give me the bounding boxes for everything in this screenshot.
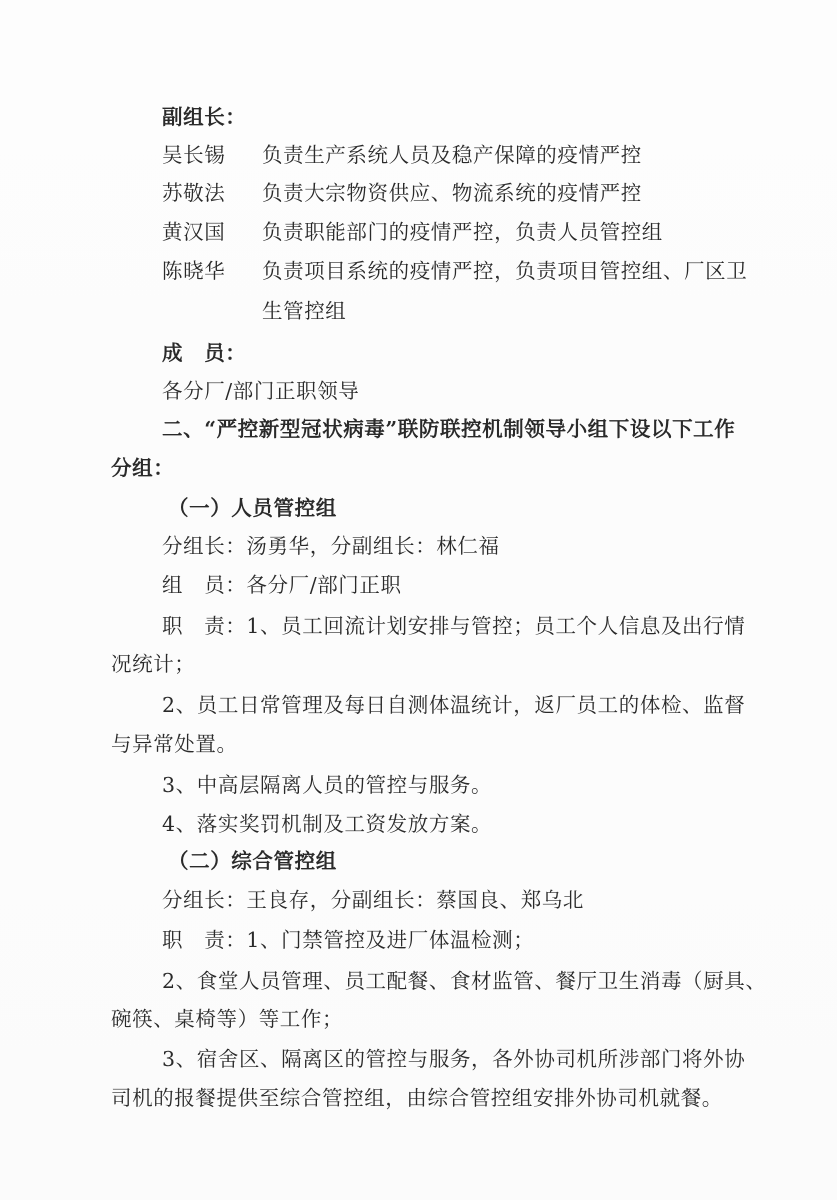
group-two-duty-1: 职 责：1、门禁管控及进厂体温检测； [162,927,534,953]
deputy-leaders-heading: 副组长： [162,104,246,130]
group-two-title: （二）综合管控组 [168,848,337,874]
section-two-heading: 二、“严控新型冠状病毒”联防联控机制领导小组下设以下工作 [162,416,735,442]
document-page: 副组长： 吴长锡 负责生产系统人员及稳产保障的疫情严控 苏敬法 负责大宗物资供应… [0,0,837,1200]
group-two-duty-3-continued: 司机的报餐提供至综合管控组，由综合管控组安排外协司机就餐。 [111,1085,723,1111]
group-one-duty-2: 2、员工日常管理及每日自测体温统计，返厂员工的体检、监督 [162,692,745,718]
deputy-leader-duty: 负责生产系统人员及稳产保障的疫情严控 [262,142,642,168]
group-two-duty-2: 2、食堂人员管理、员工配餐、食材监管、餐厅卫生消毒（厨具、 [162,968,766,994]
deputy-leader-name: 吴长锡 [162,142,225,168]
deputy-leader-duty: 负责项目系统的疫情严控，负责项目管控组、厂区卫 [262,258,747,284]
group-one-duty-3: 3、中高层隔离人员的管控与服务。 [162,772,492,798]
section-two-heading-continued: 分组： [111,455,174,481]
group-one-leaders: 分组长：汤勇华，分副组长：林仁福 [162,533,500,559]
group-one-members: 组 员：各分厂/部门正职 [162,572,402,598]
deputy-leader-name: 黄汉国 [162,219,225,245]
deputy-leader-duty-continued: 生管控组 [262,298,346,324]
group-two-leaders: 分组长：王良存，分副组长：蔡国良、郑乌北 [162,887,584,913]
deputy-leader-duty: 负责大宗物资供应、物流系统的疫情严控 [262,180,642,206]
group-one-title: （一）人员管控组 [168,495,337,521]
group-one-duty-1-continued: 况统计； [111,651,195,677]
group-one-duty-2-continued: 与异常处置。 [111,731,238,757]
members-text: 各分厂/部门正职领导 [162,378,359,404]
deputy-leader-name: 苏敬法 [162,180,225,206]
deputy-leader-duty: 负责职能部门的疫情严控，负责人员管控组 [262,219,663,245]
members-heading: 成 员： [162,340,246,366]
group-two-duty-3: 3、宿舍区、隔离区的管控与服务，各外协司机所涉部门将外协 [162,1046,745,1072]
group-one-duty-4: 4、落实奖罚机制及工资发放方案。 [162,811,492,837]
group-one-duty-1: 职 责：1、员工回流计划安排与管控；员工个人信息及出行情 [162,613,745,639]
deputy-leader-name: 陈晓华 [162,258,225,284]
group-two-duty-2-continued: 碗筷、桌椅等）等工作； [111,1006,343,1032]
